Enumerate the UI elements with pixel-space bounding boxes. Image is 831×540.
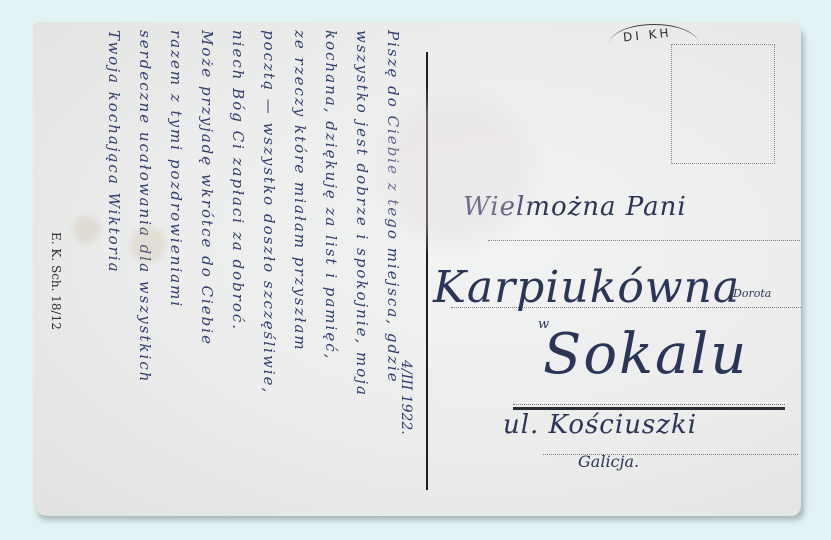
address-line-1 (488, 240, 800, 241)
postcard: DI KH E. K. Sch. 18/12 4/III 1922. Piszę… (33, 22, 801, 516)
message-line: wszystko jest dobrze i spokojnie, moja (346, 30, 377, 500)
divider-line (426, 52, 428, 490)
address-line-3 (513, 404, 785, 405)
street: ul. Kościuszki (503, 410, 697, 440)
message-line: razem z tymi pozdrowieniami (160, 30, 191, 500)
message-line: niech Bóg Ci zapłaci za dobroć. (222, 30, 253, 500)
message-line: Może przyjadę wkrótce do Ciebie (191, 30, 222, 500)
message-line: kochana, dziękuję za list i pamięć, (315, 30, 346, 500)
region: Galicja. (578, 452, 639, 471)
message-area: 4/III 1922. Piszę do Ciebie z tego miejs… (48, 30, 408, 500)
recipient-name: Karpiukówna (433, 262, 740, 313)
message-line: serdeczne ucałowania dla wszystkich (129, 30, 160, 500)
stamp-box (671, 44, 775, 164)
city: Sokalu (543, 322, 748, 387)
recipient-given-name: Dorota (733, 287, 771, 300)
message-line: pocztą — wszystko doszło szczęśliwie, (253, 30, 284, 500)
message-line: ze rzeczy które miałam przyszłam (284, 30, 315, 500)
recipient-title: Wielmożna Pani (463, 192, 687, 222)
message-line: Twoja kochająca Wiktoria (98, 30, 129, 500)
message-date: 4/III 1922. (398, 360, 414, 435)
